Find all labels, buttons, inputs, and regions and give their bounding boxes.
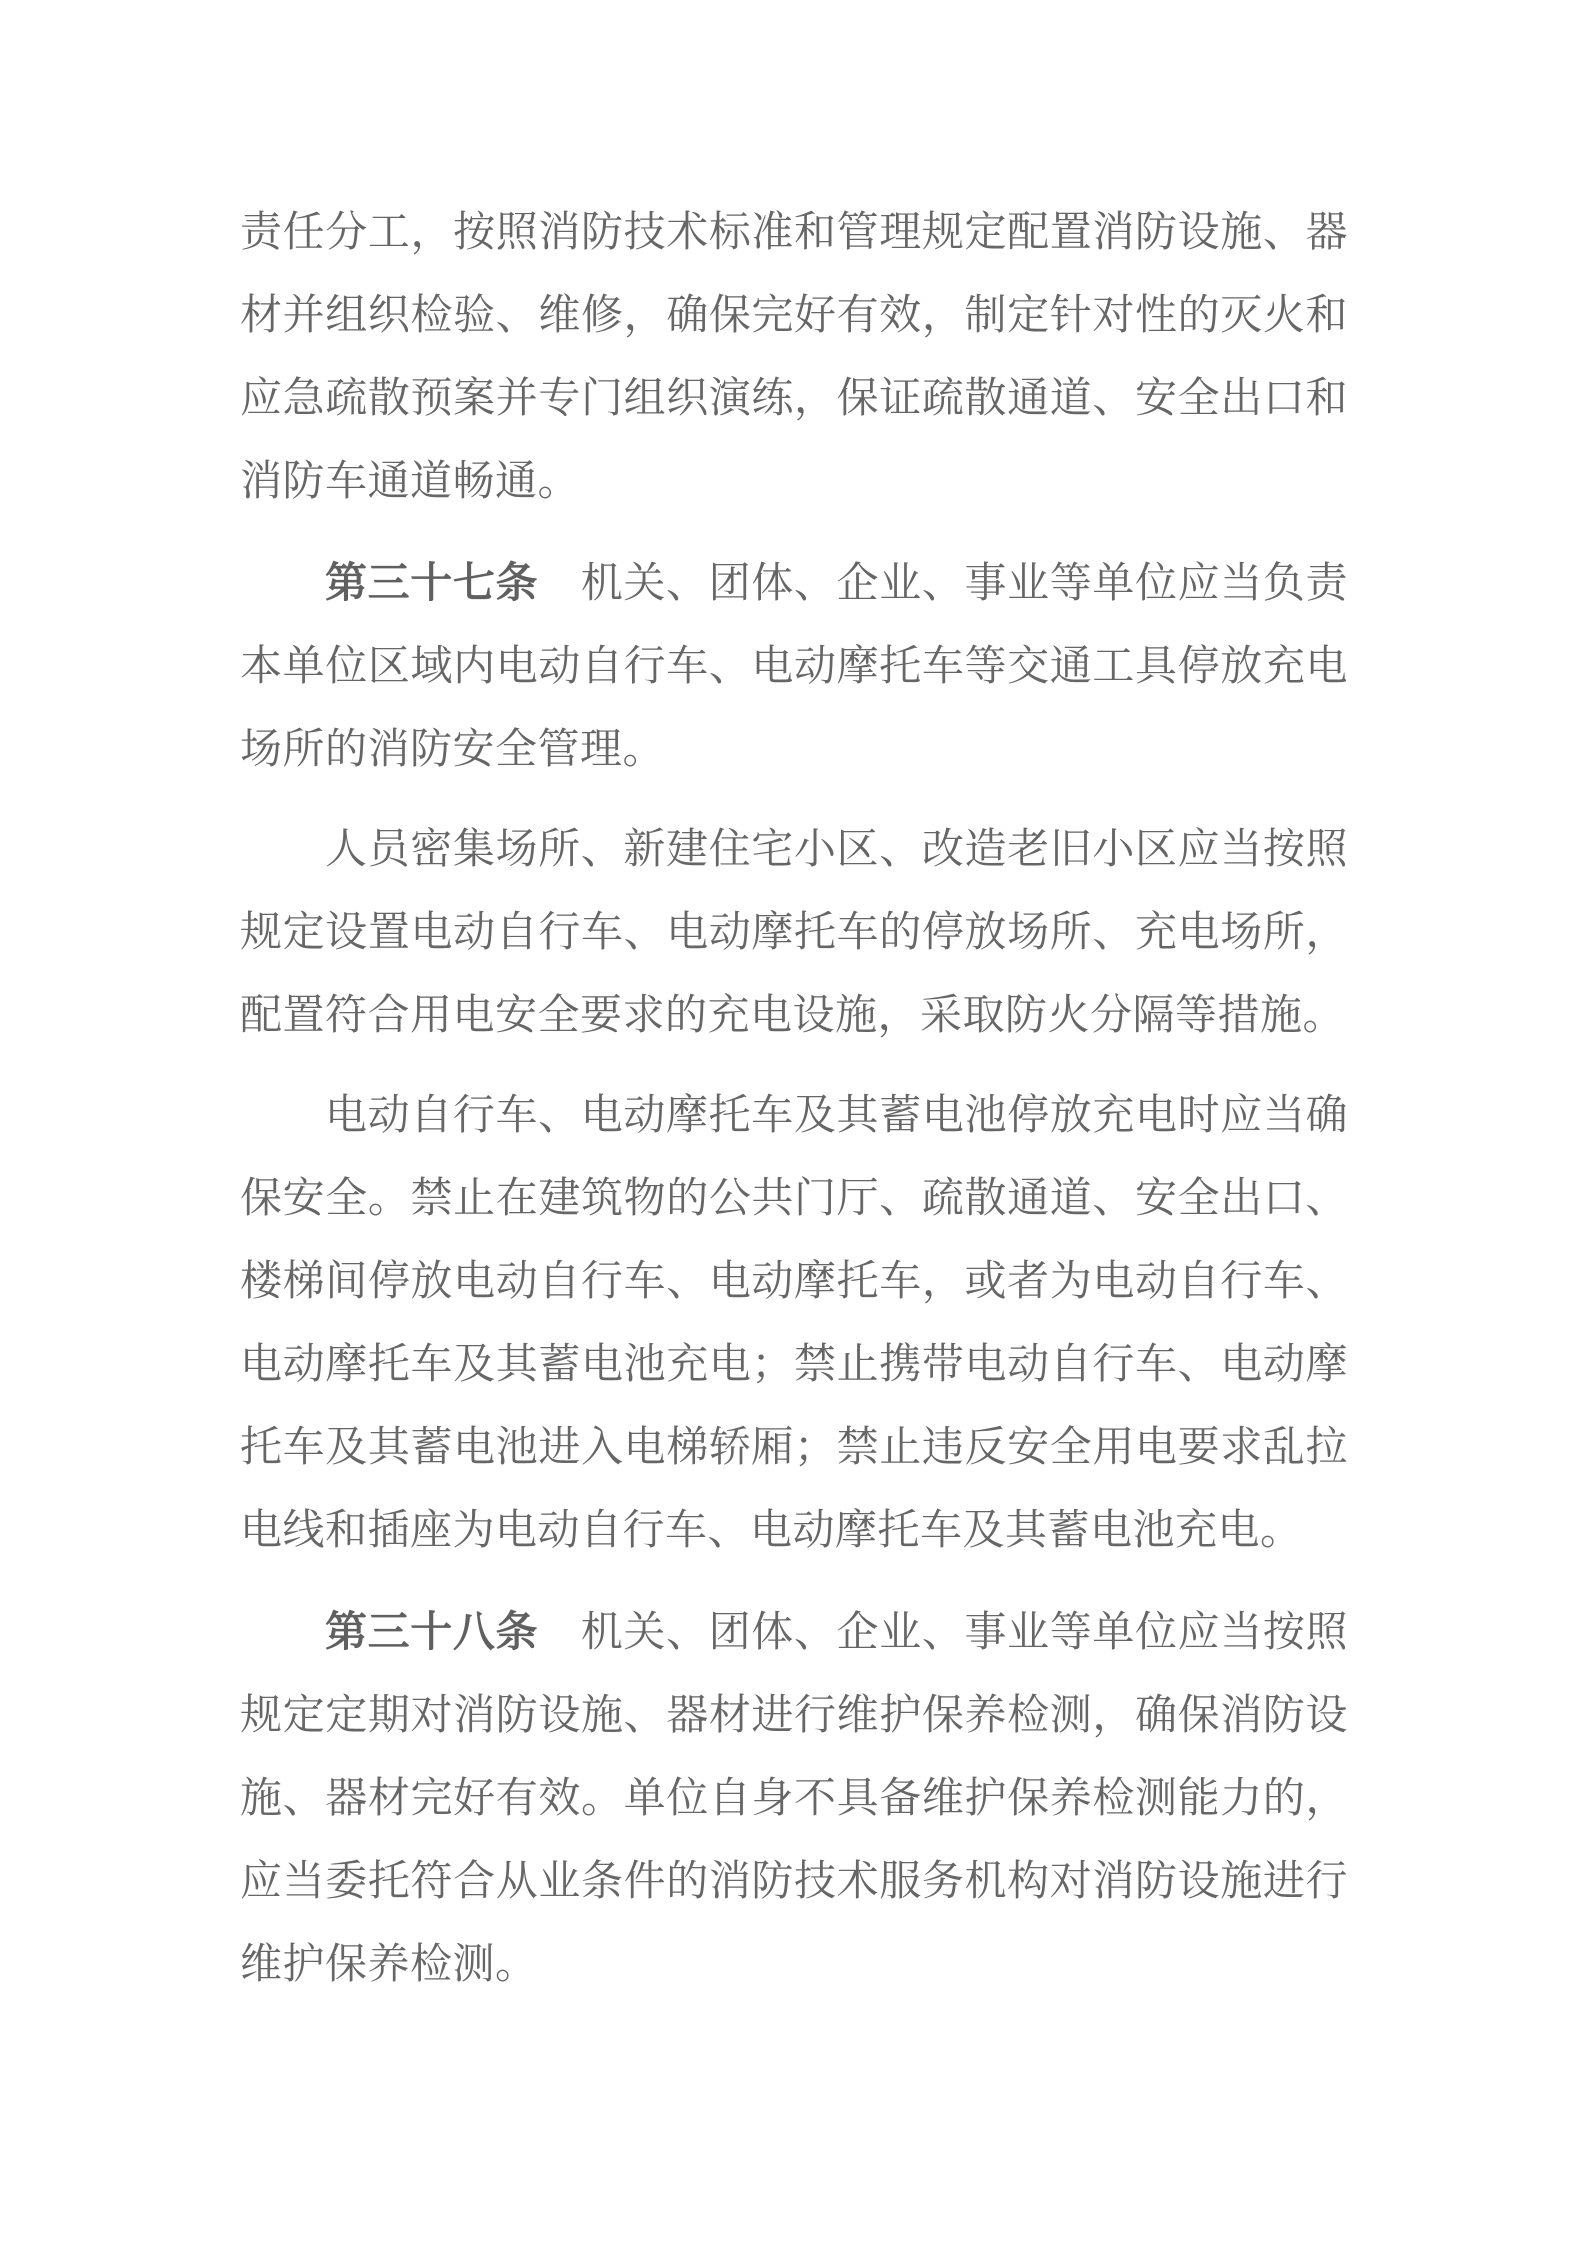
paragraph-article38: 第三十八条 机关、团体、企业、事业等单位应当按照规定定期对消防设施、器材进行维护… (240, 1590, 1348, 2007)
paragraph-text: 人员密集场所、新建住宅小区、改造老旧小区应当按照规定设置电动自行车、电动摩托车的… (240, 827, 1348, 1039)
paragraph-article37-clause2: 人员密集场所、新建住宅小区、改造老旧小区应当按照规定设置电动自行车、电动摩托车的… (240, 809, 1348, 1058)
paragraph-text: 责任分工，按照消防技术标准和管理规定配置消防设施、器材并组织检验、维修，确保完好… (240, 210, 1348, 505)
document-page: 责任分工，按照消防技术标准和管理规定配置消防设施、器材并组织检验、维修，确保完好… (0, 0, 1587, 2245)
document-body: 责任分工，按照消防技术标准和管理规定配置消防设施、器材并组织检验、维修，确保完好… (240, 192, 1348, 2007)
paragraph-article37-clause1: 第三十七条 机关、团体、企业、事业等单位应当负责本单位区域内电动自行车、电动摩托… (240, 541, 1348, 792)
paragraph-text: 机关、团体、企业、事业等单位应当按照规定定期对消防设施、器材进行维护保养检测，确… (240, 1610, 1348, 1988)
article-37-number: 第三十七条 (325, 559, 538, 606)
article-38-number: 第三十八条 (325, 1608, 538, 1655)
paragraph-text: 电动自行车、电动摩托车及其蓄电池停放充电时应当确保安全。禁止在建筑物的公共门厅、… (240, 1093, 1348, 1554)
paragraph-article37-clause3: 电动自行车、电动摩托车及其蓄电池停放充电时应当确保安全。禁止在建筑物的公共门厅、… (240, 1075, 1348, 1573)
paragraph-article36-continuation: 责任分工，按照消防技术标准和管理规定配置消防设施、器材并组织检验、维修，确保完好… (240, 192, 1348, 524)
